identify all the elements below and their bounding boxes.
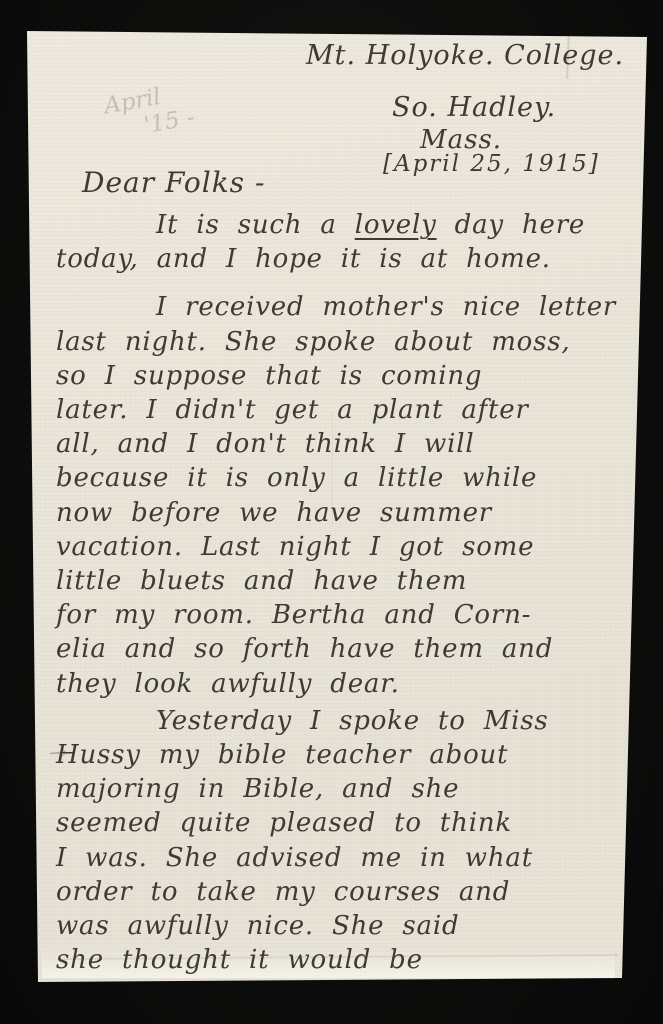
letter-line: vacation. Last night I got some — [56, 530, 624, 564]
heading-date: [April 25, 1915] — [383, 151, 600, 177]
letter-line: all, and I don't think I will — [56, 427, 624, 461]
letter-line: last night. She spoke about moss, — [56, 325, 624, 359]
letter-line: I received mother's nice letter — [56, 290, 624, 324]
letter-line: order to take my courses and — [56, 875, 624, 909]
letter-line: for my room. Bertha and Corn- — [56, 598, 624, 632]
letter-line: Yesterday I spoke to Miss — [56, 704, 624, 738]
letter-line: today, and I hope it is at home. — [56, 242, 624, 276]
letter-paper: April '15 - Mt. Holyoke. College. So. Ha… — [0, 0, 663, 1024]
heading-college: Mt. Holyoke. College. — [306, 40, 624, 71]
letter-photograph: April '15 - Mt. Holyoke. College. So. Ha… — [0, 0, 663, 1024]
letter-line: was awfully nice. She said — [56, 909, 624, 943]
heading-town: So. Hadley. — [392, 92, 556, 123]
letter-line: majoring in Bible, and she — [56, 772, 624, 806]
underlined-word: lovely — [355, 210, 437, 240]
salutation: Dear Folks - — [82, 166, 265, 199]
pencil-date-annotation: April '15 - — [102, 79, 196, 145]
letter-line: she thought it would be — [56, 943, 624, 977]
letter-line: seemed quite pleased to think — [56, 806, 624, 840]
letter-line: they look awfully dear. — [56, 667, 624, 701]
letter-line: little bluets and have them — [56, 564, 624, 598]
letter-line: I was. She advised me in what — [56, 841, 624, 875]
letter-line: because it is only a little while — [56, 461, 624, 495]
letter-body: It is such a lovely day heretoday, and I… — [56, 208, 624, 977]
letter-line: so I suppose that is coming — [56, 359, 624, 393]
letter-line: Hussy my bible teacher about — [56, 738, 624, 772]
letter-line: elia and so forth have them and — [56, 632, 624, 666]
letter-line: now before we have summer — [56, 496, 624, 530]
letter-line: It is such a lovely day here — [56, 208, 624, 242]
letter-line: later. I didn't get a plant after — [56, 393, 624, 427]
